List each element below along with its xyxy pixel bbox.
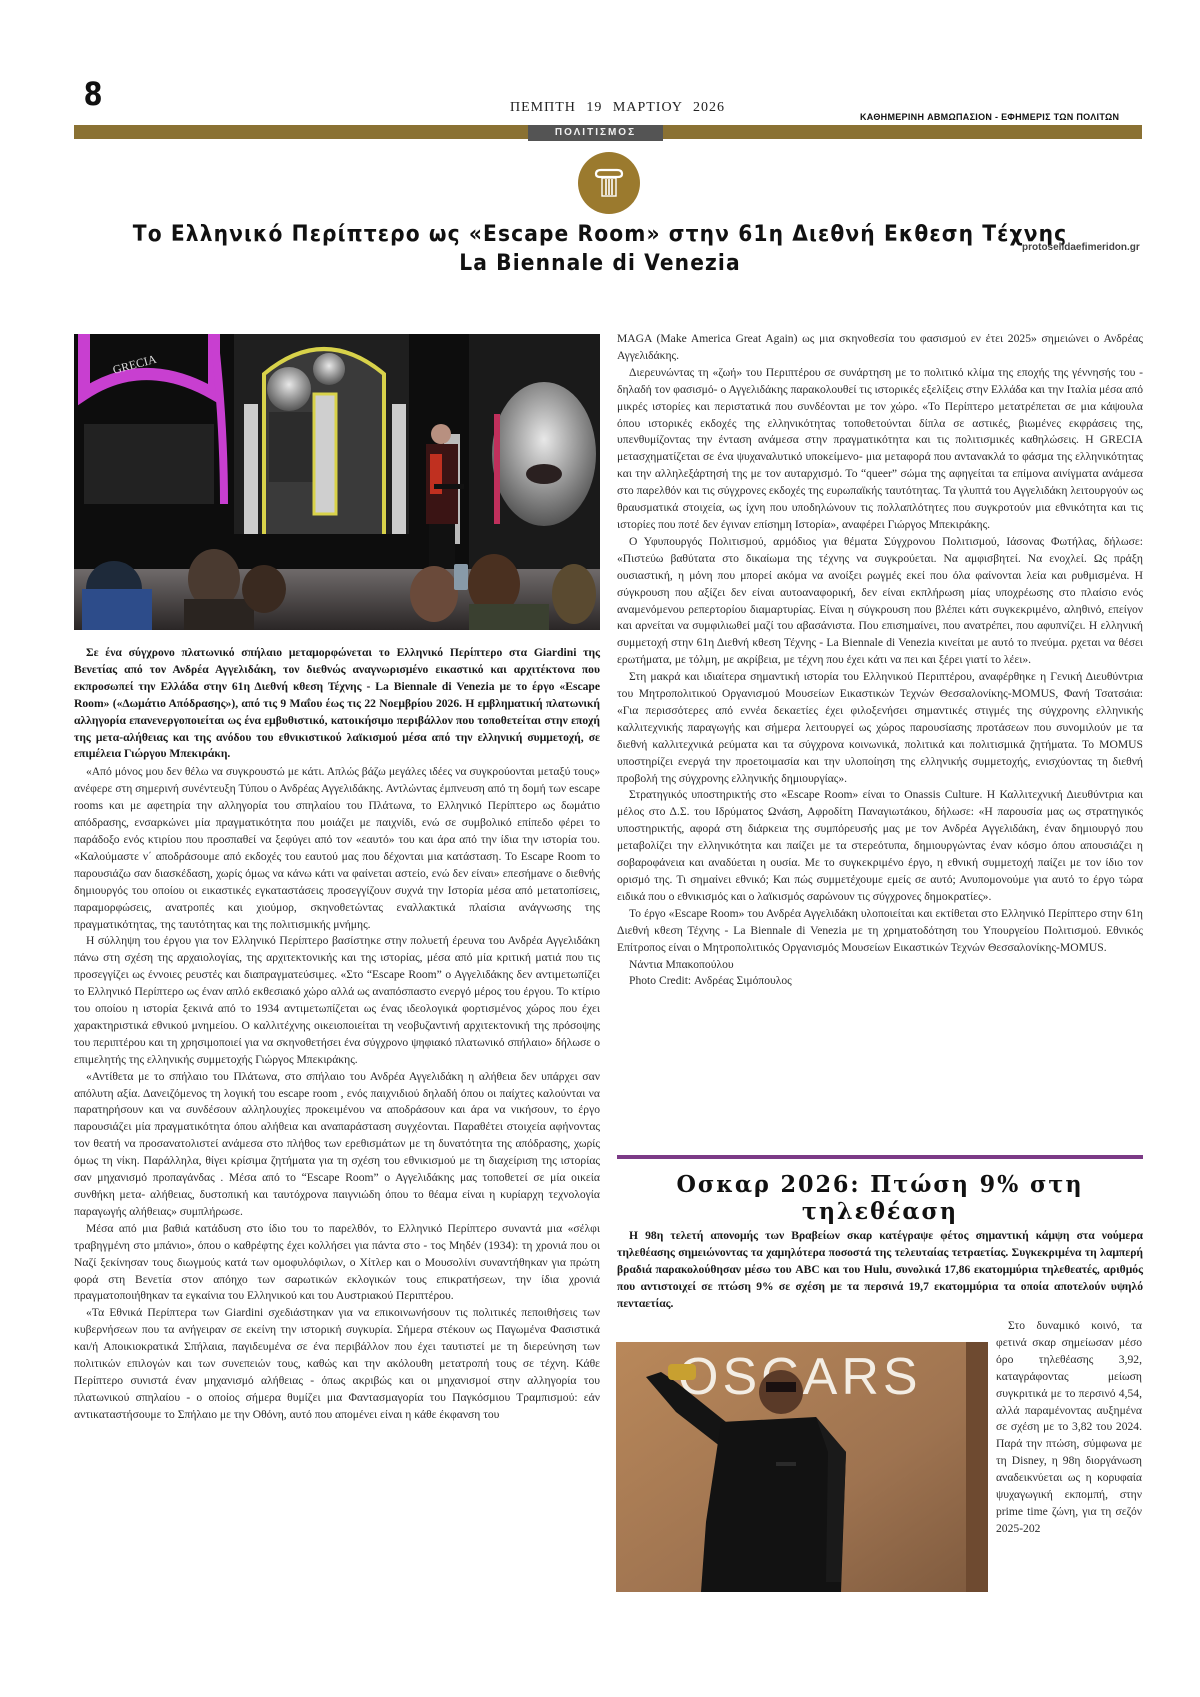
- article-paragraph: MAGA (Make America Great Again) ως μια σ…: [617, 331, 1143, 365]
- article-paragraph: Η σύλληψη του έργου για τον Ελληνικό Περ…: [74, 933, 600, 1068]
- article-photo-oscars: OSCARS: [616, 1342, 988, 1592]
- greek-column-icon: [578, 152, 640, 214]
- article-lede: Σε ένα σύγχρονο πλατωνικό σπήλαιο μεταμο…: [74, 645, 600, 763]
- oscar-article-lede: Η 98η τελετή απονομής των Βραβείων σκαρ …: [617, 1228, 1143, 1313]
- article-paragraph: Στη μακρά και ιδιαίτερα σημαντική ιστορί…: [617, 669, 1143, 787]
- article-paragraph: Το έργο «Escape Room» του Ανδρέα Αγγελιδ…: [617, 906, 1143, 957]
- oscar-side-paragraph: Στο δυναμικό κοινό, τα φετινά σκαρ σημεί…: [996, 1318, 1142, 1538]
- newspaper-masthead: ΚΑΘΗΜΕΡΙΝΗ ΑΒΜΩΠΑΣΙΟΝ - ΕΦΗΜΕΡΙΣ ΤΩΝ ΠΟΛ…: [860, 112, 1119, 122]
- article-paragraph: «Αντίθετα με το σπήλαιο του Πλάτωνα, στο…: [74, 1069, 600, 1221]
- article-column-right: MAGA (Make America Great Again) ως μια σ…: [617, 331, 1143, 990]
- issue-date: ΠΕΜΠΤΗ 19 ΜΑΡΤΙΟΥ 2026: [510, 100, 725, 116]
- article-paragraph: Μέσα από μια βαθιά κατάδυση στο ίδιο του…: [74, 1221, 600, 1306]
- masthead-prefix: ΚΑΘΗΜΕΡΙΝΗ: [860, 112, 924, 122]
- article-author: Νάντια Μπακοπούλου: [617, 957, 1143, 974]
- section-label: ΠΟΛΙΤΙΣΜΟΣ: [528, 125, 663, 141]
- article-headline: Το Ελληνικό Περίπτερο ως «Escape Room» σ…: [122, 220, 1079, 278]
- masthead-suffix: - ΕΦΗΜΕΡΙΣ ΤΩΝ ΠΟΛΙΤΩΝ: [995, 112, 1119, 122]
- article-column-left: Σε ένα σύγχρονο πλατωνικό σπήλαιο μεταμο…: [74, 645, 600, 1424]
- article-paragraph: Στρατηγικός υποστηρικτής στο «Escape Roo…: [617, 787, 1143, 905]
- watermark: protoselidaefimeridon.gr: [1022, 242, 1140, 253]
- headline-line-1: Το Ελληνικό Περίπτερο ως «Escape Room» σ…: [133, 222, 1067, 247]
- oscar-article-side-text: Στο δυναμικό κοινό, τα φετινά σκαρ σημεί…: [996, 1318, 1142, 1538]
- headline-line-2: La Biennale di Venezia: [459, 251, 740, 276]
- photo-credit: Photo Credit: Ανδρέας Σιμόπουλος: [617, 973, 1143, 990]
- masthead-name: ΑΒΜΩΠΑΣΙΟΝ: [927, 112, 992, 122]
- article-divider: [617, 1155, 1143, 1159]
- oscar-lede-text: Η 98η τελετή απονομής των Βραβείων σκαρ …: [617, 1228, 1143, 1313]
- article-paragraph: «Τα Εθνικά Περίπτερα των Giardini σχεδιά…: [74, 1305, 600, 1423]
- oscar-article-headline: Οσκαρ 2026: Πτώση 9% στη τηλεθέαση: [625, 1171, 1135, 1225]
- article-photo-biennale: GRECIA: [74, 334, 600, 630]
- article-paragraph: «Από μόνος μου δεν θέλω να συγκρουστώ με…: [74, 764, 600, 933]
- article-paragraph: Ο Υφυπουργός Πολιτισμού, αρμόδιος για θέ…: [617, 534, 1143, 669]
- article-paragraph: Διερευνώντας τη «ζωή» του Περιπτέρου σε …: [617, 365, 1143, 534]
- page-number: 8: [84, 78, 103, 110]
